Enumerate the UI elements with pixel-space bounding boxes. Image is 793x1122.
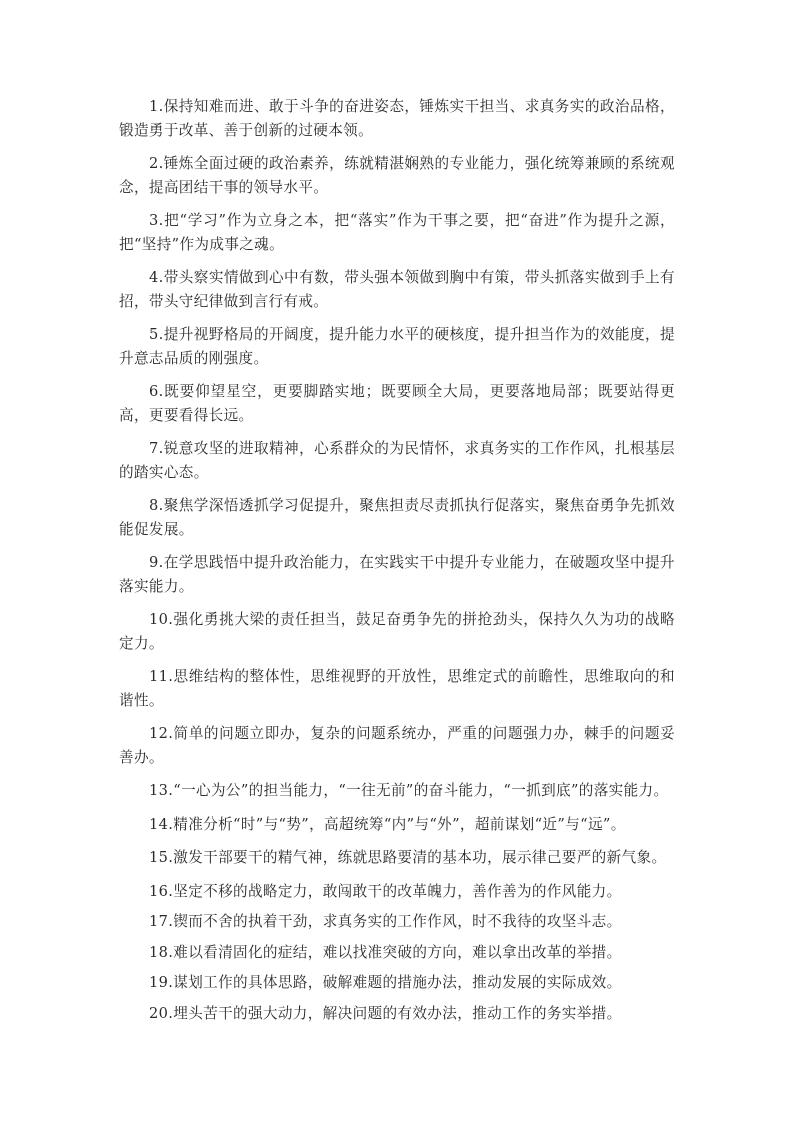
document-page: 1.保持知难而进、敢于斗争的奋进姿态，锤炼实干担当、求真务实的政治品格，锻造勇于…	[119, 95, 675, 1032]
list-item-11: 11.思维结构的整体性，思维视野的开放性，思维定式的前瞻性，思维取向的和谐性。	[119, 665, 675, 712]
list-item-6: 6.既要仰望星空，更要脚踏实地；既要顾全大局，更要落地局部；既要站得更高，更要看…	[119, 380, 675, 427]
list-item-4: 4.带头察实情做到心中有数，带头强本领做到胸中有策，带头抓落实做到手上有招，带头…	[119, 266, 675, 313]
list-item-19: 19.谋划工作的具体思路，破解难题的措施办法，推动发展的实际成效。	[119, 971, 675, 995]
list-item-8: 8.聚焦学深悟透抓学习促提升，聚焦担责尽责抓执行促落实，聚焦奋勇争先抓效能促发展…	[119, 494, 675, 541]
list-item-20: 20.埋头苦干的强大动力，解决问题的有效办法，推动工作的务实举措。	[119, 1002, 675, 1026]
list-item-7: 7.锐意攻坚的进取精神，心系群众的为民情怀，求真务实的工作作风，扎根基层的踏实心…	[119, 437, 675, 484]
list-item-2: 2.锤炼全面过硬的政治素养，练就精湛娴熟的专业能力，强化统筹兼顾的系统观念，提高…	[119, 152, 675, 199]
list-item-10: 10.强化勇挑大梁的责任担当，鼓足奋勇争先的拼抢劲头，保持久久为功的战略定力。	[119, 608, 675, 655]
list-item-1: 1.保持知难而进、敢于斗争的奋进姿态，锤炼实干担当、求真务实的政治品格，锻造勇于…	[119, 95, 675, 142]
list-item-9: 9.在学思践悟中提升政治能力，在实践实干中提升专业能力，在破题攻坚中提升落实能力…	[119, 551, 675, 598]
list-item-13: 13.“一心为公”的担当能力，“一往无前”的奋斗能力，“一抓到底”的落实能力。	[119, 779, 675, 803]
list-item-17: 17.锲而不舍的执着干劲，求真务实的工作作风，时不我待的攻坚斗志。	[119, 910, 675, 934]
list-item-15: 15.激发干部要干的精气神，练就思路要清的基本功，展示律己要严的新气象。	[119, 846, 675, 870]
list-item-18: 18.难以看清固化的症结，难以找准突破的方向，难以拿出改革的举措。	[119, 941, 675, 965]
list-item-16: 16.坚定不移的战略定力，敢闯敢干的改革魄力，善作善为的作风能力。	[119, 880, 675, 904]
list-item-3: 3.把“学习”作为立身之本，把“落实”作为干事之要，把“奋进”作为提升之源，把“…	[119, 209, 675, 256]
list-item-12: 12.简单的问题立即办，复杂的问题系统办，严重的问题强力办，棘手的问题妥善办。	[119, 722, 675, 769]
list-item-5: 5.提升视野格局的开阔度，提升能力水平的硬核度，提升担当作为的效能度，提升意志品…	[119, 323, 675, 370]
list-item-14: 14.精准分析“时”与“势”，高超统筹“内”与“外”，超前谋划“近”与“远”。	[119, 813, 675, 837]
